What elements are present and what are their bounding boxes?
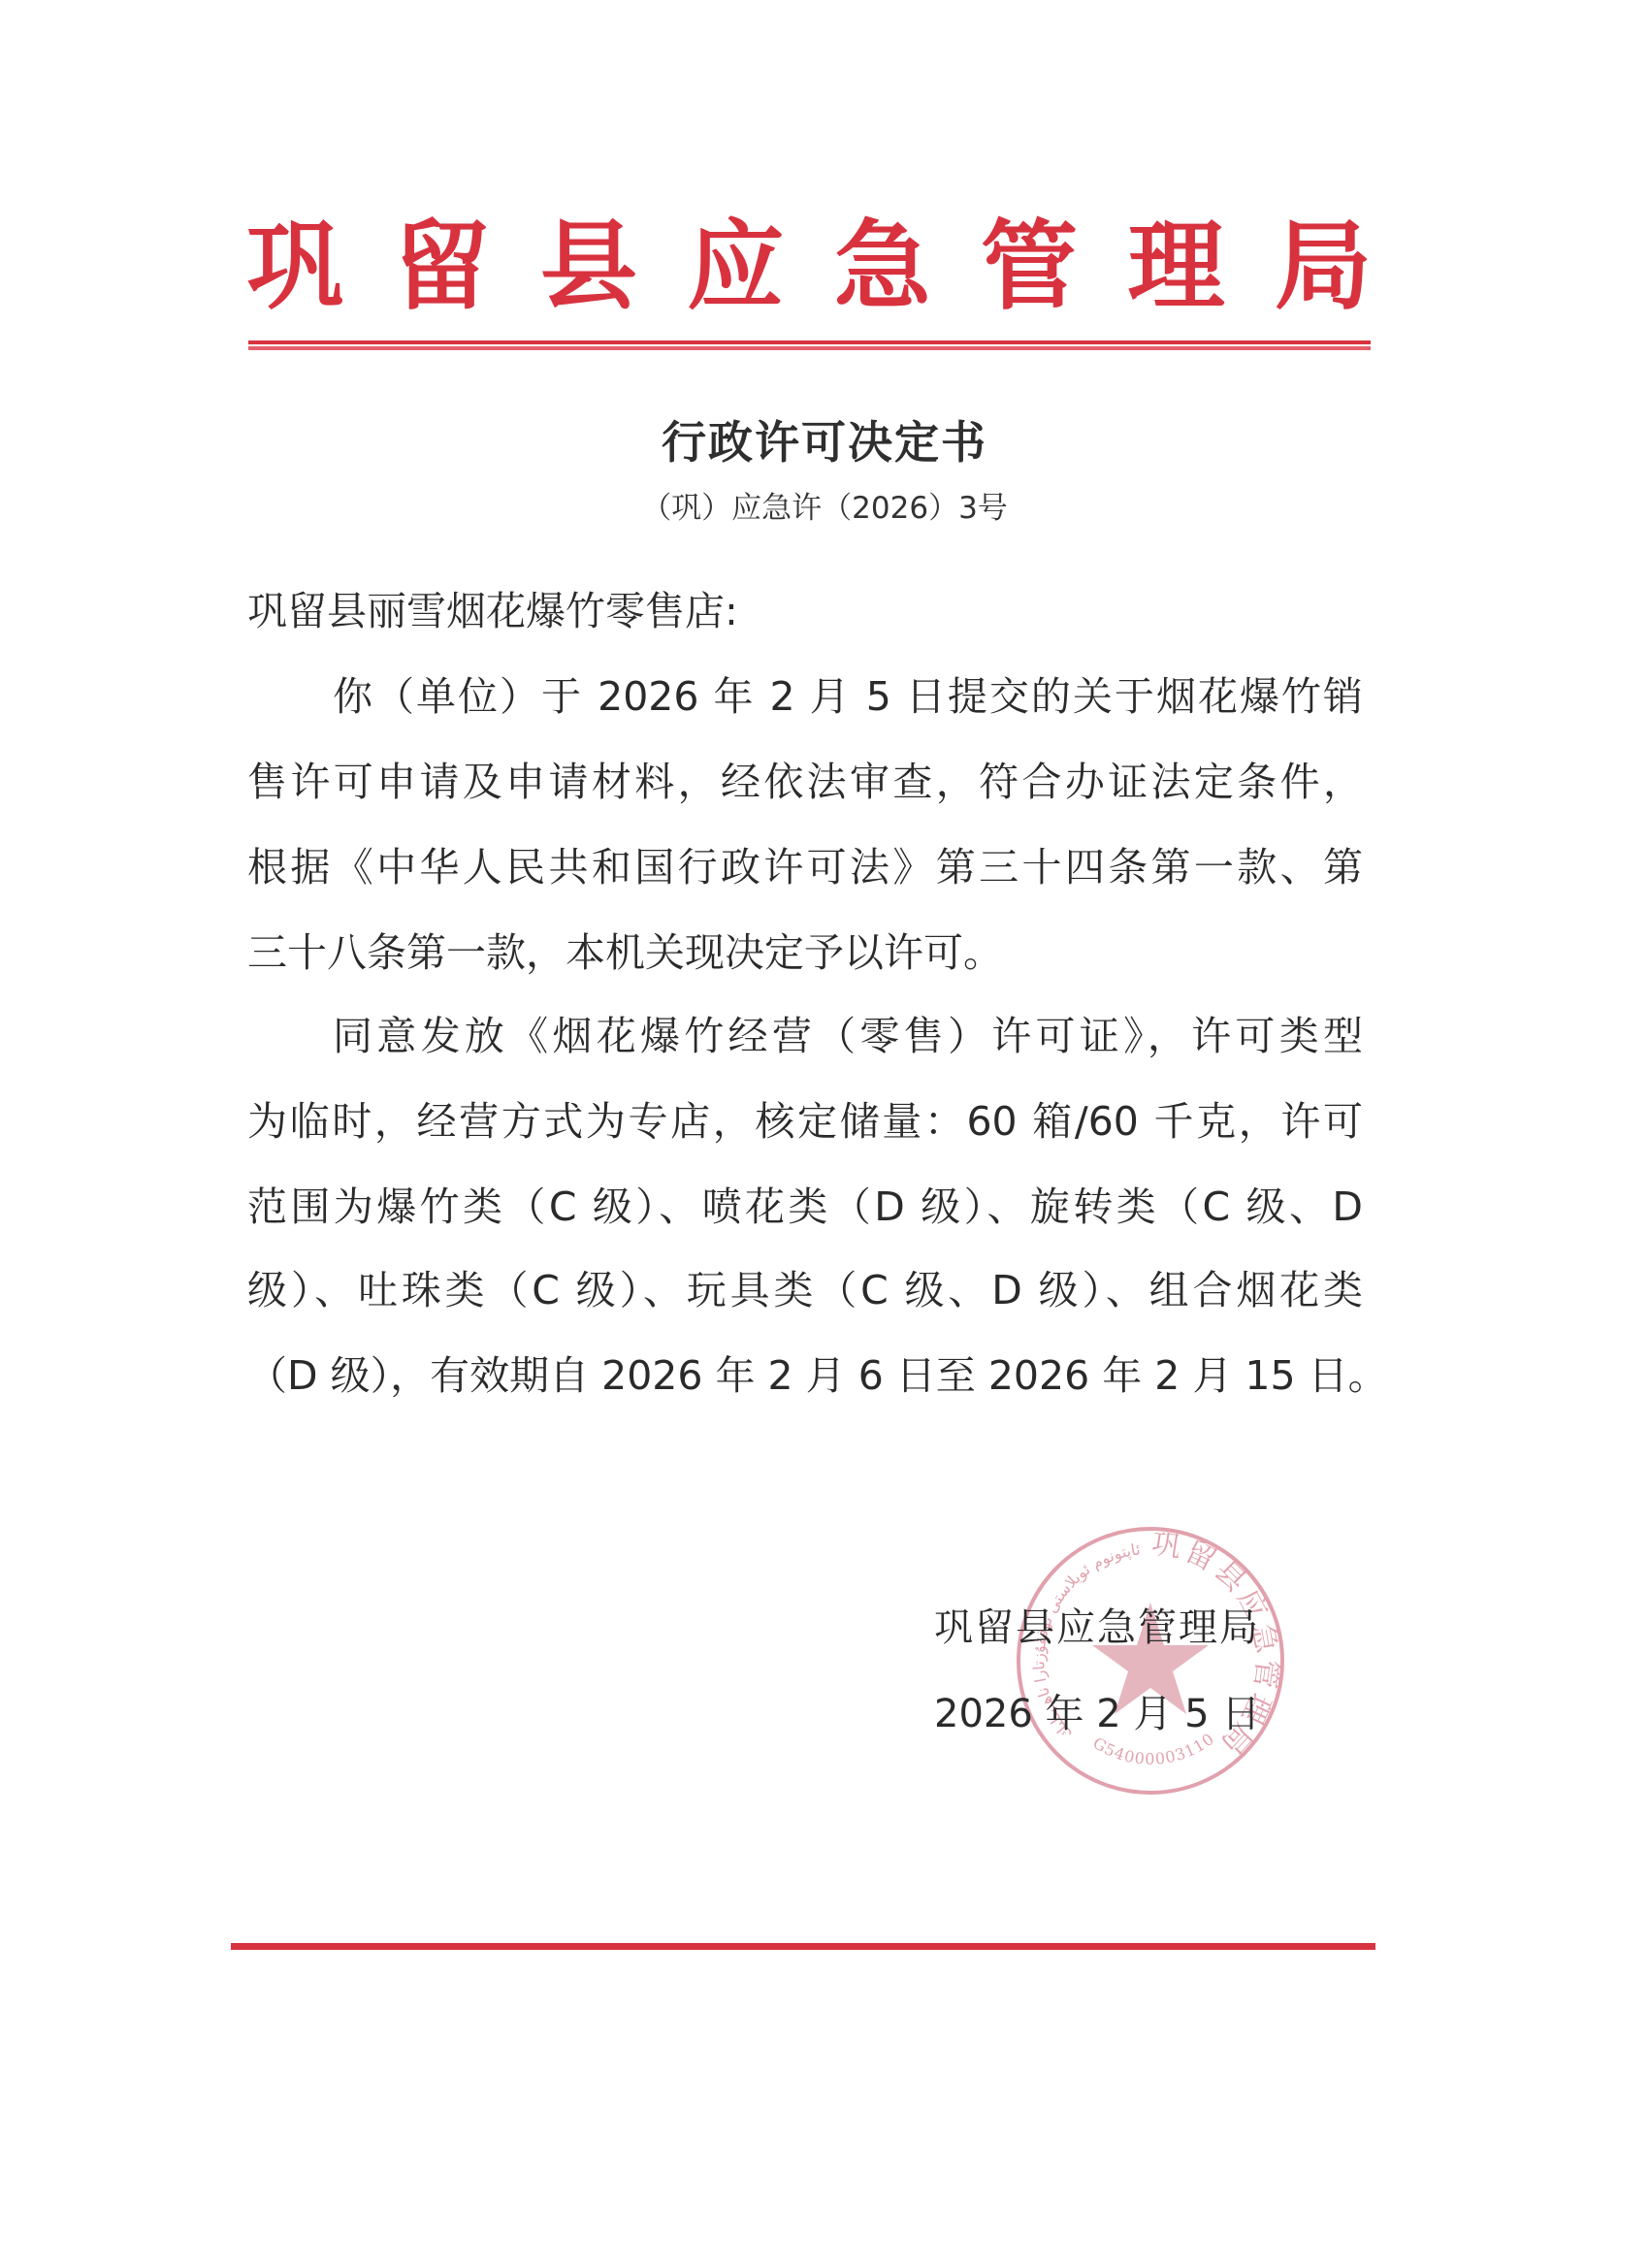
body-line: 你（单位）于 2026 年 2 月 5 日提交的关于烟花爆竹销 xyxy=(247,667,1363,726)
body-line: 范围为爆竹类（C 级）、喷花类（D 级）、旋转类（C 级、D xyxy=(247,1178,1363,1236)
header-char: 急 xyxy=(834,208,931,324)
header-char: 管 xyxy=(981,208,1078,324)
header-char: 局 xyxy=(1275,208,1372,324)
body-line: 为临时，经营方式为专店，核定储量：60 箱/60 千克，许可 xyxy=(247,1092,1363,1150)
header-char: 巩 xyxy=(246,208,343,324)
header-divider-secondary xyxy=(248,346,1371,350)
body-line: 三十八条第一款，本机关现决定予以许可。 xyxy=(247,923,1363,982)
footer-divider xyxy=(231,1943,1375,1950)
signature-date: 2026 年 2 月 5 日 xyxy=(934,1685,1260,1743)
body-line: 同意发放《烟花爆竹经营（零售）许可证》，许可类型 xyxy=(247,1007,1363,1065)
official-seal: 巩留县应急管理局 ئىلى قازاق ئاپتونوم ئوبلاستى تو… xyxy=(1015,1525,1286,1797)
body-line: （D 级），有效期自 2026 年 2 月 6 日至 2026 年 2 月 15… xyxy=(247,1346,1363,1405)
recipient: 巩留县丽雪烟花爆竹零售店: xyxy=(247,582,738,640)
header-char: 理 xyxy=(1128,208,1225,324)
paragraph-1: 你（单位）于 2026 年 2 月 5 日提交的关于烟花爆竹销 售许可申请及申请… xyxy=(247,667,1363,1017)
body-line: 售许可申请及申请材料，经依法审查，符合办证法定条件， xyxy=(247,753,1363,811)
header-divider xyxy=(248,340,1371,344)
body-line: 根据《中华人民共和国行政许可法》第三十四条第一款、第 xyxy=(247,838,1363,896)
document-title: 行政许可决定书 xyxy=(0,415,1649,470)
body-line: 级）、吐珠类（C 级）、玩具类（C 级、D 级）、组合烟花类 xyxy=(247,1261,1363,1319)
header-char: 应 xyxy=(687,208,784,324)
document-number: （巩）应急许（2026）3号 xyxy=(0,489,1649,528)
seal-stamp-icon: 巩留县应急管理局 ئىلى قازاق ئاپتونوم ئوبلاستى تو… xyxy=(1015,1525,1286,1797)
signature-organization: 巩留县应急管理局 xyxy=(934,1599,1260,1657)
issuer-header: 巩 留 县 应 急 管 理 局 xyxy=(246,208,1372,324)
header-char: 县 xyxy=(540,208,637,324)
header-char: 留 xyxy=(393,208,490,324)
paragraph-2: 同意发放《烟花爆竹经营（零售）许可证》，许可类型 为临时，经营方式为专店，核定储… xyxy=(247,1007,1363,1434)
